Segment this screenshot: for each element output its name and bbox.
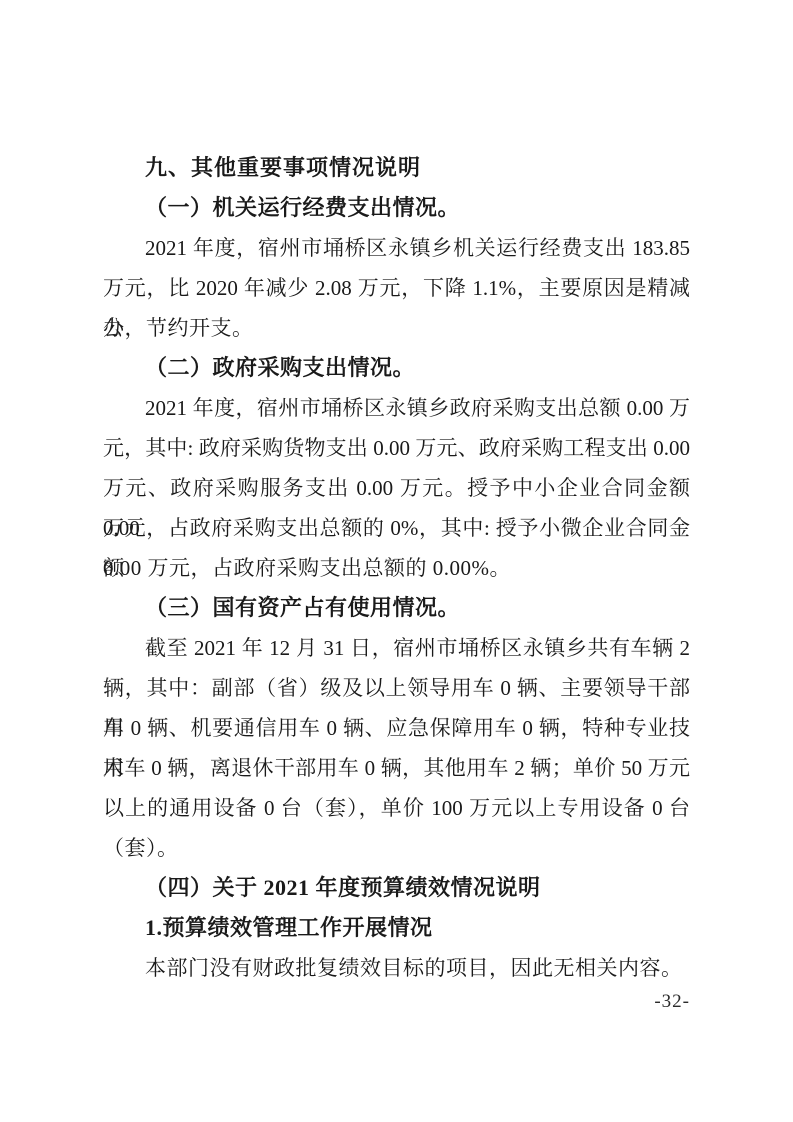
paragraph-line: 公，节约开支。 — [103, 308, 690, 348]
paragraph-line: 万元，比 2020 年减少 2.08 万元，下降 1.1%，主要原因是精减办 — [103, 268, 690, 308]
document-page: 九、其他重要事项情况说明 （一）机关运行经费支出情况。 2021 年度，宿州市埇… — [0, 0, 793, 1122]
section-heading-nine: 九、其他重要事项情况说明 — [103, 148, 690, 188]
paragraph-line: 车 0 辆、机要通信用车 0 辆、应急保障用车 0 辆，特种专业技术 — [103, 708, 690, 748]
paragraph-line: 元，其中: 政府采购货物支出 0.00 万元、政府采购工程支出 0.00 — [103, 428, 690, 468]
subsection-heading-4: （四）关于 2021 年度预算绩效情况说明 — [103, 868, 690, 908]
paragraph-line: 2021 年度，宿州市埇桥区永镇乡政府采购支出总额 0.00 万 — [103, 388, 690, 428]
paragraph-line: 辆，其中：副部（省）级及以上领导用车 0 辆、主要领导干部用 — [103, 668, 690, 708]
paragraph-line: （套）。 — [103, 828, 690, 868]
paragraph-line: 0.00 万元，占政府采购支出总额的 0.00%。 — [103, 548, 690, 588]
paragraph-line: 万元，占政府采购支出总额的 0%，其中: 授予小微企业合同金额 — [103, 508, 690, 548]
paragraph-line: 万元、政府采购服务支出 0.00 万元。授予中小企业合同金额 0.00 — [103, 468, 690, 508]
page-number: -32- — [103, 990, 690, 1014]
document-body: 九、其他重要事项情况说明 （一）机关运行经费支出情况。 2021 年度，宿州市埇… — [103, 148, 690, 988]
paragraph-line: 2021 年度，宿州市埇桥区永镇乡机关运行经费支出 183.85 — [103, 228, 690, 268]
paragraph-line: 以上的通用设备 0 台（套），单价 100 万元以上专用设备 0 台 — [103, 788, 690, 828]
paragraph-line: 本部门没有财政批复绩效目标的项目，因此无相关内容。 — [103, 948, 690, 988]
subsection-heading-2: （二）政府采购支出情况。 — [103, 348, 690, 388]
subsection-heading-3: （三）国有资产占有使用情况。 — [103, 588, 690, 628]
paragraph-line: 截至 2021 年 12 月 31 日，宿州市埇桥区永镇乡共有车辆 2 — [103, 628, 690, 668]
subsection-heading-1: （一）机关运行经费支出情况。 — [103, 188, 690, 228]
paragraph-line: 用车 0 辆，离退休干部用车 0 辆，其他用车 2 辆；单价 50 万元 — [103, 748, 690, 788]
subheading-performance: 1.预算绩效管理工作开展情况 — [103, 908, 690, 948]
